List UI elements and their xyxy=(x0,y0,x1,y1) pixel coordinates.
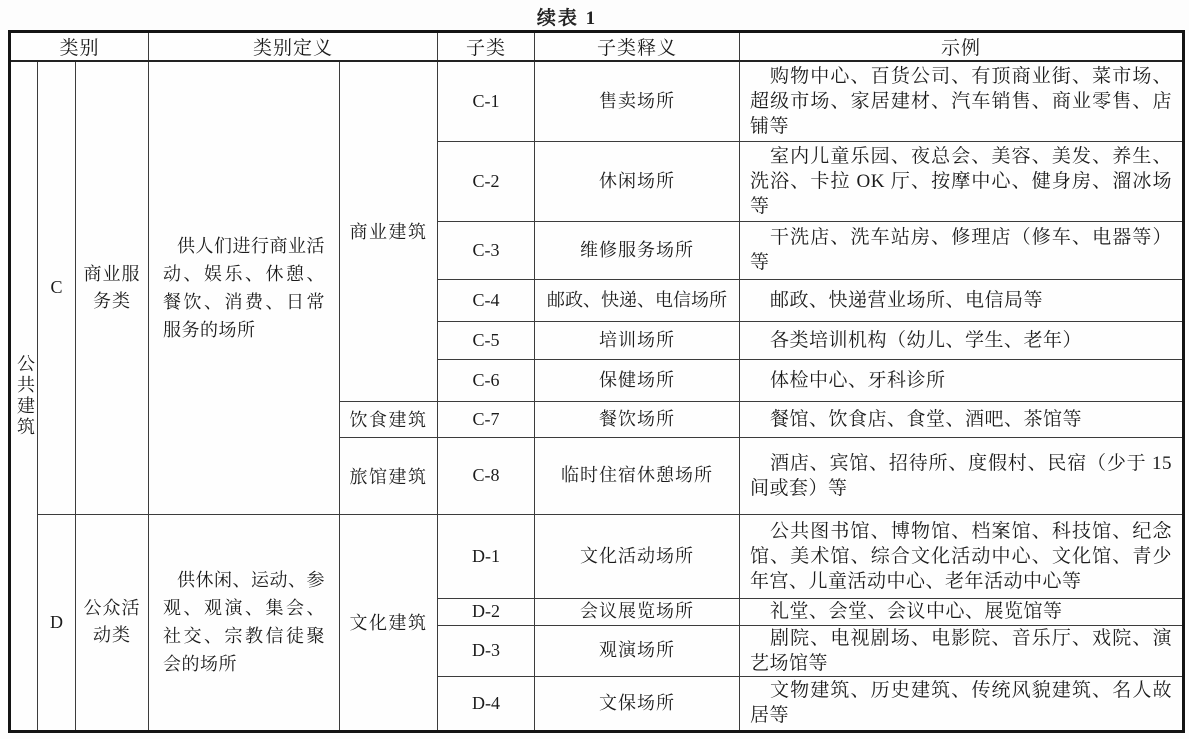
cell-subclass-meaning: 观演场所 xyxy=(535,625,740,676)
group-definition-text-c: 供人们进行商业活动、娱乐、休憩、餐饮、消费、日常服务的场所 xyxy=(163,232,325,344)
example-text: 餐馆、饮食店、食堂、酒吧、茶馆等 xyxy=(750,407,1172,432)
cell-subclass-meaning: 保健场所 xyxy=(535,359,740,401)
header-subclass: 子类 xyxy=(438,32,535,62)
header-category-definition: 类别定义 xyxy=(149,32,438,62)
cell-example: 公共图书馆、博物馆、档案馆、科技馆、纪念馆、美术馆、综合文化活动中心、文化馆、青… xyxy=(740,514,1184,598)
header-category: 类别 xyxy=(10,32,149,62)
group-definition-text-d: 供休闲、运动、参观、观演、集会、社交、宗教信徒聚会的场所 xyxy=(163,566,325,678)
cell-example: 酒店、宾馆、招待所、度假村、民宿（少于 15 间或套）等 xyxy=(740,437,1184,514)
cell-building-type-food: 饮食建筑 xyxy=(340,401,438,437)
cell-subclass-code: C-2 xyxy=(438,141,535,221)
example-text: 酒店、宾馆、招待所、度假村、民宿（少于 15 间或套）等 xyxy=(750,451,1172,501)
cell-subclass-code: C-4 xyxy=(438,279,535,321)
cell-group-definition-c: 供人们进行商业活动、娱乐、休憩、餐饮、消费、日常服务的场所 xyxy=(149,61,340,514)
cell-subclass-code: D-4 xyxy=(438,676,535,731)
cell-subclass-meaning: 餐饮场所 xyxy=(535,401,740,437)
header-example: 示例 xyxy=(740,32,1184,62)
cell-subclass-meaning: 售卖场所 xyxy=(535,61,740,141)
example-text: 购物中心、百货公司、有顶商业街、菜市场、超级市场、家居建材、汽车销售、商业零售、… xyxy=(750,64,1172,139)
cell-subclass-code: C-3 xyxy=(438,221,535,279)
cell-example: 餐馆、饮食店、食堂、酒吧、茶馆等 xyxy=(740,401,1184,437)
cell-subclass-code: D-1 xyxy=(438,514,535,598)
cell-building-type-commercial: 商业建筑 xyxy=(340,61,438,401)
example-text: 公共图书馆、博物馆、档案馆、科技馆、纪念馆、美术馆、综合文化活动中心、文化馆、青… xyxy=(750,519,1172,594)
cell-subclass-code: C-7 xyxy=(438,401,535,437)
cell-group-name-d: 公众活动类 xyxy=(76,514,149,731)
cell-group-name-c: 商业服务类 xyxy=(76,61,149,514)
cell-group-code-d: D xyxy=(38,514,76,731)
example-text: 剧院、电视剧场、电影院、音乐厅、戏院、演艺场馆等 xyxy=(750,626,1172,676)
cell-subclass-meaning: 文保场所 xyxy=(535,676,740,731)
cell-subclass-code: C-6 xyxy=(438,359,535,401)
cell-subclass-meaning: 会议展览场所 xyxy=(535,598,740,625)
cell-subclass-meaning: 休闲场所 xyxy=(535,141,740,221)
cell-example: 体检中心、牙科诊所 xyxy=(740,359,1184,401)
example-text: 各类培训机构（幼儿、学生、老年） xyxy=(750,328,1172,353)
cell-example: 购物中心、百货公司、有顶商业街、菜市场、超级市场、家居建材、汽车销售、商业零售、… xyxy=(740,61,1184,141)
cell-example: 干洗店、洗车站房、修理店（修车、电器等）等 xyxy=(740,221,1184,279)
cell-super-category: 公共建筑 xyxy=(10,61,38,731)
example-text: 干洗店、洗车站房、修理店（修车、电器等）等 xyxy=(750,225,1172,275)
table-row-c1: 公共建筑 C 商业服务类 供人们进行商业活动、娱乐、休憩、餐饮、消费、日常服务的… xyxy=(10,61,1184,141)
header-row: 类别 类别定义 子类 子类释义 示例 xyxy=(10,32,1184,62)
cell-subclass-code: D-2 xyxy=(438,598,535,625)
cell-subclass-code: C-5 xyxy=(438,321,535,359)
cell-example: 邮政、快递营业场所、电信局等 xyxy=(740,279,1184,321)
example-text: 室内儿童乐园、夜总会、美容、美发、养生、洗浴、卡拉 OK 厅、按摩中心、健身房、… xyxy=(750,144,1172,219)
cell-example: 各类培训机构（幼儿、学生、老年） xyxy=(740,321,1184,359)
example-text: 礼堂、会堂、会议中心、展览馆等 xyxy=(750,599,1172,624)
cell-subclass-meaning: 培训场所 xyxy=(535,321,740,359)
cell-example: 文物建筑、历史建筑、传统风貌建筑、名人故居等 xyxy=(740,676,1184,731)
cell-subclass-meaning: 临时住宿休憩场所 xyxy=(535,437,740,514)
example-text: 文物建筑、历史建筑、传统风貌建筑、名人故居等 xyxy=(750,678,1172,728)
cell-example: 礼堂、会堂、会议中心、展览馆等 xyxy=(740,598,1184,625)
cell-subclass-code: C-8 xyxy=(438,437,535,514)
table-title: 续表 1 xyxy=(0,0,1154,27)
cell-example: 室内儿童乐园、夜总会、美容、美发、养生、洗浴、卡拉 OK 厅、按摩中心、健身房、… xyxy=(740,141,1184,221)
classification-table: 类别 类别定义 子类 子类释义 示例 公共建筑 C 商业服务类 供人们进行商业活… xyxy=(8,30,1185,733)
document-page: 续表 1 类别 类别定义 子类 子类释义 示例 公共建筑 xyxy=(0,0,1189,739)
super-category-label: 公共建筑 xyxy=(11,354,38,438)
cell-group-definition-d: 供休闲、运动、参观、观演、集会、社交、宗教信徒聚会的场所 xyxy=(149,514,340,731)
cell-building-type-hotel: 旅馆建筑 xyxy=(340,437,438,514)
cell-group-code-c: C xyxy=(38,61,76,514)
cell-subclass-meaning: 维修服务场所 xyxy=(535,221,740,279)
cell-subclass-meaning: 邮政、快递、电信场所 xyxy=(535,279,740,321)
table-row-d1: D 公众活动类 供休闲、运动、参观、观演、集会、社交、宗教信徒聚会的场所 文化建… xyxy=(10,514,1184,598)
cell-subclass-meaning: 文化活动场所 xyxy=(535,514,740,598)
cell-example: 剧院、电视剧场、电影院、音乐厅、戏院、演艺场馆等 xyxy=(740,625,1184,676)
header-subclass-meaning: 子类释义 xyxy=(535,32,740,62)
example-text: 体检中心、牙科诊所 xyxy=(750,368,1172,393)
cell-subclass-code: C-1 xyxy=(438,61,535,141)
example-text: 邮政、快递营业场所、电信局等 xyxy=(750,288,1172,313)
cell-subclass-code: D-3 xyxy=(438,625,535,676)
cell-building-type-culture: 文化建筑 xyxy=(340,514,438,731)
